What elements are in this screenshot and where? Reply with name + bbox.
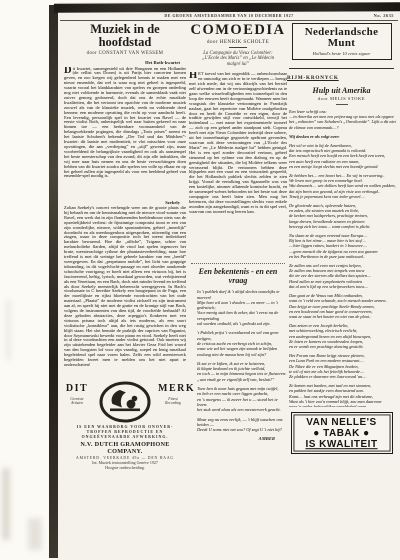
poem-stanza: 't Publiek prijst 't voortdurend en wil … <box>197 330 287 356</box>
tobacco-ad-line1: VAN NELLE'S <box>292 417 392 429</box>
article-muziek: Muziek in de hoofdstad door CONSTANT VAN… <box>64 23 186 379</box>
scan-smudge <box>28 518 42 550</box>
tobacco-ad: VAN NELLE'S ● TABAK ● IS KWALITEIT <box>291 412 393 454</box>
scan-smudge <box>2 468 10 540</box>
poem-stanza: Ze hebben het.... een hoort het.... En w… <box>289 173 398 199</box>
cigar-ad: Nederlandsche Munt Holland's beste 10 ce… <box>292 23 392 60</box>
scan-top-edge <box>54 2 400 13</box>
section-divider <box>191 263 285 264</box>
article-subtitle: La Compagnie du Vieux Colombier: „L'Ecol… <box>189 51 287 68</box>
poem-stanza: Het wil er niet in bij de Amerikanen, da… <box>289 143 398 169</box>
poem-stanza: Nu slaan ze de oogen vereend naar Europa… <box>289 233 398 259</box>
article-paragraph: Zoltan Szekely's concert verheugde weer … <box>64 206 186 368</box>
masthead-rule <box>60 20 398 21</box>
scan-smudge <box>6 300 11 360</box>
article-byline-muziek: door CONSTANT VAN WESSEM <box>64 51 186 56</box>
poem-stanza: De gloeiende auto's, oplevende huizen, e… <box>289 203 398 229</box>
section-head-szekely: Szekely <box>64 200 180 205</box>
response-lead: Wij denken er als volgt over: <box>289 134 398 139</box>
poem-stanza: Maar zeg nu eens eerlijk, — 't blijft tu… <box>197 417 287 433</box>
ad-slogan: IS EEN WAARBORG VOOR ONOVER- TROFFEN REP… <box>62 425 188 439</box>
divider-rule <box>229 47 247 48</box>
right-column: Nederlandsche Munt Holland's beste 10 ce… <box>285 23 398 454</box>
gramophone-ad: DIT Grootste Artisten MERK Finest Record… <box>62 381 188 478</box>
newspaper-page: DE GROENE AMSTERDAMMER VAN 10 DECEMBER 1… <box>0 0 400 560</box>
ad-caption-right: Finest Recording <box>158 397 188 405</box>
poem-stanza: Het Forum van Rome krijgt nieuwe pleinen… <box>289 353 398 379</box>
his-masters-voice-logo-icon <box>99 381 151 423</box>
scan-binding-shadow <box>49 5 58 558</box>
ad-footnote: Int. Muziek tentoonstelling Genève 1927 … <box>62 461 188 470</box>
rubric-title: RIJM-KRONYCK <box>287 75 398 81</box>
ad-caption-left: Grootste Artisten <box>62 397 92 405</box>
poem-stanza: In 't publiek durf ik 't altijd slechts … <box>197 289 287 326</box>
poem-stanza: Ik zat er te kijken, ik zat er te luiste… <box>197 361 287 382</box>
masthead-title: DE GROENE AMSTERDAMMER VAN 10 DECEMBER 1… <box>164 13 293 18</box>
article-paragraph: HET toeval van het oogenblik — onbeschou… <box>189 72 287 214</box>
poem-stanza: Ze komen met banken, met taal en met sto… <box>289 383 398 407</box>
poem-stanza: Dan zetten er een Joceph kerkelin, met s… <box>289 323 398 349</box>
cigar-ad-title: Nederlandsche Munt <box>295 27 389 49</box>
ad-word-merk: MERK <box>158 381 188 394</box>
issue-number: No. 2635 <box>374 13 394 18</box>
ad-word-dit: DIT <box>62 381 92 394</box>
article-paragraph: Dit kwartet, samengesteld uit drie Honga… <box>64 67 186 180</box>
masthead: DE GROENE AMSTERDAMMER VAN 10 DECEMBER 1… <box>62 13 396 19</box>
column-rule <box>289 68 394 69</box>
section-head-roth: Het Roth-kwartet <box>64 60 180 65</box>
article-comoedia: COMOEDIA door HENRIK SCHOLTE La Compagni… <box>189 23 287 560</box>
poem-title-hulp: Hulp uit Amerika <box>285 86 398 95</box>
confession-poem: In 't publiek durf ik 't altijd slechts … <box>189 289 287 432</box>
poem-signature-amber: AMBER <box>189 436 287 441</box>
poem-byline-melis-stoke: door MELIS STOKE <box>285 96 398 101</box>
tobacco-ad-line2: ● TABAK ● <box>292 428 392 440</box>
reader-note: Een lezer schrijft ons: ....in Amerika z… <box>289 109 398 130</box>
article-title-muziek: Muziek in de hoofdstad <box>64 23 186 49</box>
article-title-comoedia: COMOEDIA <box>189 23 287 37</box>
poem-stanzas: Het wil er niet in bij de Amerikanen, da… <box>285 143 398 407</box>
confession-title: Een bekentenis - en een vraag <box>189 267 287 285</box>
ad-company-name: N.V. DUTCH GRAMOPHONE COMPANY. <box>62 441 188 455</box>
cigar-ad-subtitle: Holland's beste 10 cents sigaar <box>295 51 389 56</box>
tobacco-ad-line3: IS KWALITEIT <box>292 439 392 451</box>
poem-body: Een lezer schrijft ons: ....in Amerika z… <box>285 109 398 407</box>
article-byline-comoedia: door HENRIK SCHOLTE <box>189 39 287 45</box>
poem-stanza: Ze zullen ons wel even met centjes helpe… <box>289 263 398 289</box>
divider-rule <box>336 104 348 105</box>
poem-stanza: Dan gaat ze de Venus van Milo onthanden,… <box>289 293 398 319</box>
poem-stanza: Toen ben ik naar huis gegaan met mijn tw… <box>197 386 287 412</box>
ad-company-address: AMSTERD. VEERKADE 49a — DEN HAAG <box>62 456 188 460</box>
